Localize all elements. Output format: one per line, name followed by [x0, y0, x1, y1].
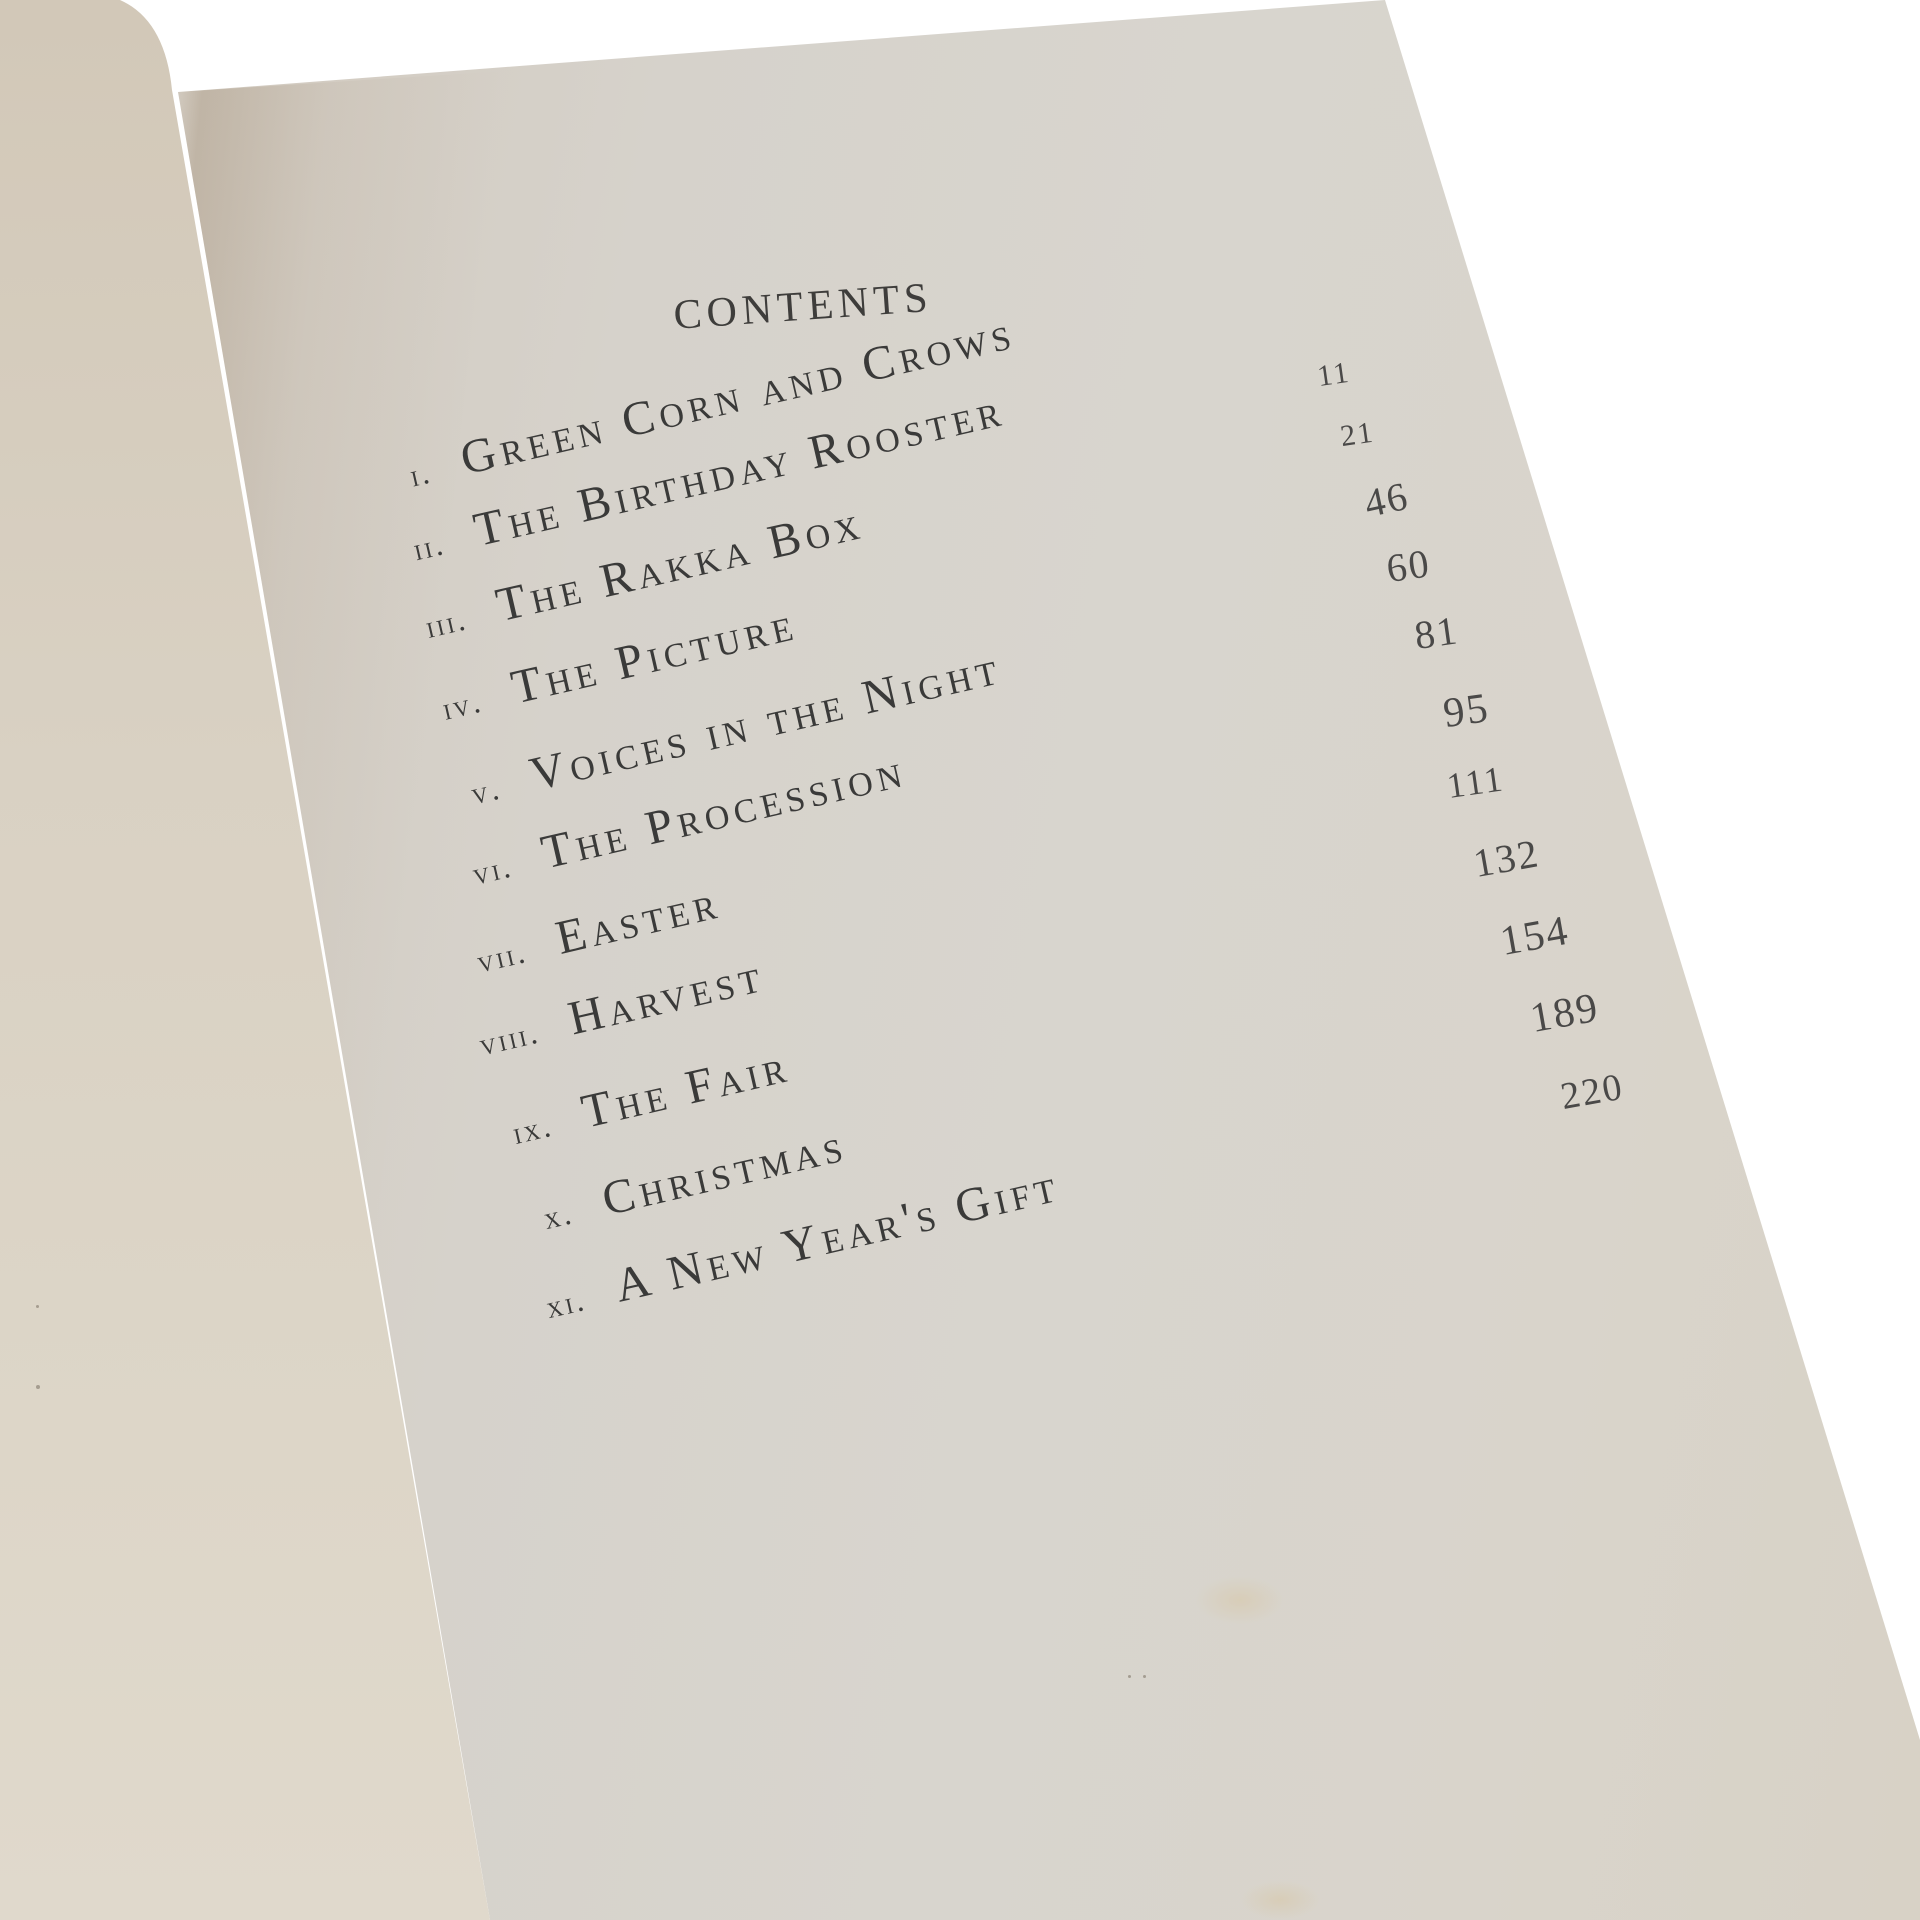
paper-stain	[1240, 1880, 1320, 1920]
paper-speck	[36, 1385, 40, 1389]
paper-speck	[1128, 1675, 1131, 1678]
book-photo: CONTENTS I. Green Corn and Crows II. The…	[0, 0, 1920, 1920]
paper-speck	[36, 1305, 39, 1308]
paper-speck	[1143, 1675, 1146, 1678]
paper-stain	[1195, 1575, 1285, 1625]
